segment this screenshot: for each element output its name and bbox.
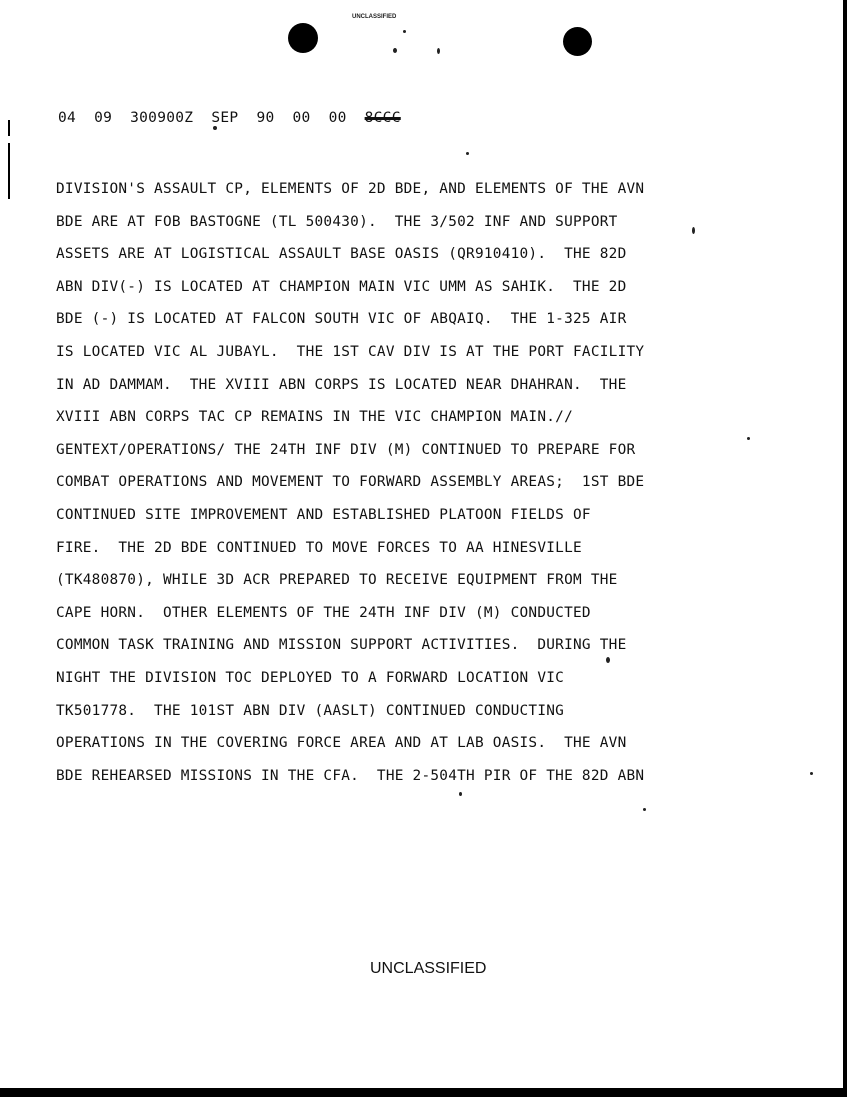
body-line: COMBAT OPERATIONS AND MOVEMENT TO FORWAR… bbox=[56, 466, 746, 499]
header-field: 00 bbox=[329, 110, 347, 126]
header-field: 04 bbox=[58, 110, 76, 126]
margin-mark bbox=[8, 143, 10, 199]
body-line: (TK480870), WHILE 3D ACR PREPARED TO REC… bbox=[56, 564, 746, 597]
scan-speck bbox=[459, 792, 462, 796]
body-line: CONTINUED SITE IMPROVEMENT AND ESTABLISH… bbox=[56, 499, 746, 532]
body-line: BDE (-) IS LOCATED AT FALCON SOUTH VIC O… bbox=[56, 303, 746, 336]
body-line: BDE REHEARSED MISSIONS IN THE CFA. THE 2… bbox=[56, 760, 746, 793]
scan-speck bbox=[437, 48, 440, 54]
scanned-document-page: UNCLASSIFIED 0409300900ZSEP9000008CCC DI… bbox=[0, 0, 856, 1104]
scan-speck bbox=[213, 126, 217, 130]
scan-speck bbox=[466, 152, 469, 155]
message-header-line: 0409300900ZSEP9000008CCC bbox=[58, 110, 419, 126]
scan-speck bbox=[747, 437, 750, 440]
header-field: 00 bbox=[293, 110, 311, 126]
body-line: ASSETS ARE AT LOGISTICAL ASSAULT BASE OA… bbox=[56, 238, 746, 271]
body-line: DIVISION'S ASSAULT CP, ELEMENTS OF 2D BD… bbox=[56, 173, 746, 206]
body-line: CAPE HORN. OTHER ELEMENTS OF THE 24TH IN… bbox=[56, 597, 746, 630]
scan-speck bbox=[810, 772, 813, 775]
top-classification-marking: UNCLASSIFIED bbox=[352, 14, 396, 20]
scan-border-bottom bbox=[0, 1088, 847, 1097]
header-field: 09 bbox=[94, 110, 112, 126]
body-line: ABN DIV(-) IS LOCATED AT CHAMPION MAIN V… bbox=[56, 271, 746, 304]
struck-header-field: 8CCC bbox=[365, 110, 401, 126]
scan-border-right bbox=[843, 0, 847, 1097]
punch-hole-right bbox=[563, 27, 592, 56]
body-line: GENTEXT/OPERATIONS/ THE 24TH INF DIV (M)… bbox=[56, 434, 746, 467]
header-field: 90 bbox=[256, 110, 274, 126]
body-line: TK501778. THE 101ST ABN DIV (AASLT) CONT… bbox=[56, 695, 746, 728]
body-line: IN AD DAMMAM. THE XVIII ABN CORPS IS LOC… bbox=[56, 369, 746, 402]
body-line: IS LOCATED VIC AL JUBAYL. THE 1ST CAV DI… bbox=[56, 336, 746, 369]
bottom-classification-marking: UNCLASSIFIED bbox=[370, 960, 486, 978]
body-line: COMMON TASK TRAINING AND MISSION SUPPORT… bbox=[56, 629, 746, 662]
scan-speck bbox=[403, 30, 406, 33]
header-field: SEP bbox=[211, 110, 238, 126]
body-line: OPERATIONS IN THE COVERING FORCE AREA AN… bbox=[56, 727, 746, 760]
body-line: FIRE. THE 2D BDE CONTINUED TO MOVE FORCE… bbox=[56, 532, 746, 565]
scan-speck bbox=[643, 808, 646, 811]
message-body: DIVISION'S ASSAULT CP, ELEMENTS OF 2D BD… bbox=[56, 173, 746, 792]
body-line: BDE ARE AT FOB BASTOGNE (TL 500430). THE… bbox=[56, 206, 746, 239]
scan-speck bbox=[393, 48, 397, 53]
punch-hole-left bbox=[288, 23, 318, 53]
body-line: NIGHT THE DIVISION TOC DEPLOYED TO A FOR… bbox=[56, 662, 746, 695]
margin-mark bbox=[8, 120, 10, 136]
body-line: XVIII ABN CORPS TAC CP REMAINS IN THE VI… bbox=[56, 401, 746, 434]
header-field: 300900Z bbox=[130, 110, 193, 126]
